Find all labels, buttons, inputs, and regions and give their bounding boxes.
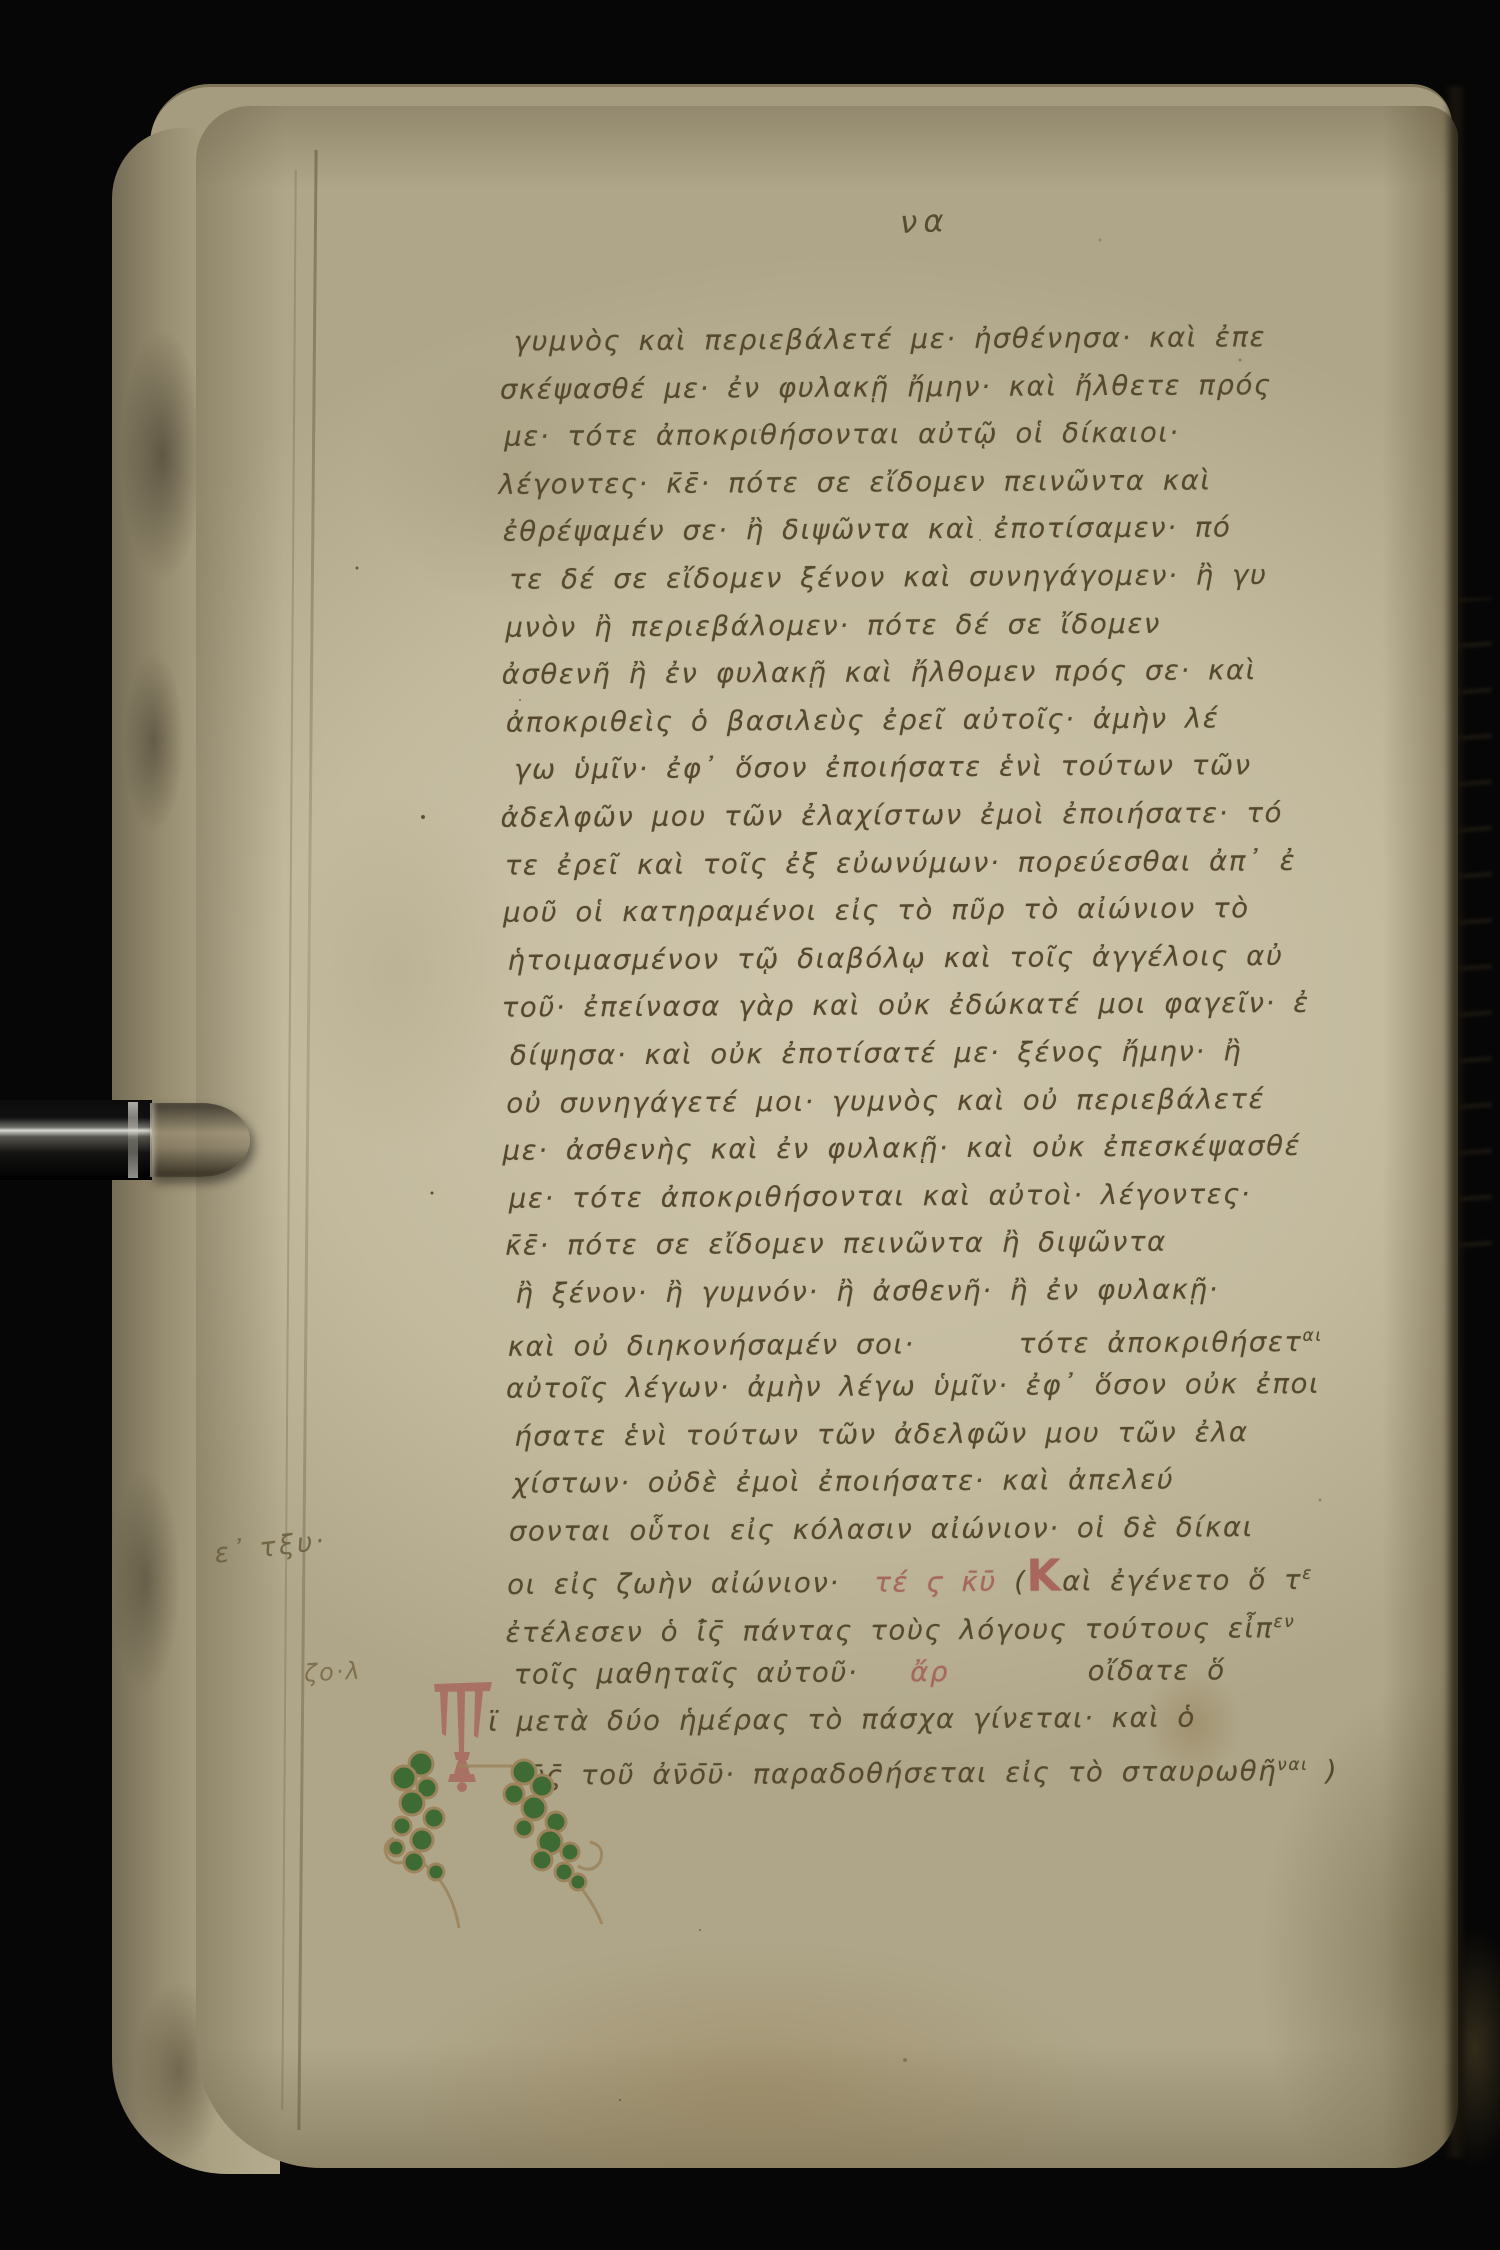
manuscript-line: τε ἐρεῖ καὶ τοῖς ἐξ εὐωνύμων· πορεύεσθαι… <box>505 837 1421 890</box>
manuscript-line: ἀσθενῆ ἢ ἐν φυλακῇ καὶ ἤλθομεν πρός σε· … <box>502 646 1420 699</box>
manuscript-line: ἀδελφῶν μου τῶν ἐλαχίστων ἐμοὶ ἐποιήσατε… <box>500 789 1420 842</box>
manuscript-line: γυμνὸς καὶ περιεβάλετέ με· ἠσθένησα· καὶ… <box>514 313 1418 366</box>
manuscript-line: ἀποκριθεὶς ὁ βασιλεὺς ἐρεῖ αὐτοῖς· ἀμὴν … <box>506 694 1420 747</box>
manuscript-line: σονται οὗτοι εἰς κόλασιν αἰώνιον· οἱ δὲ … <box>509 1503 1425 1556</box>
manuscript-line: λέγοντες· κ̄ε̄· πότε σε εἴδομεν πεινῶντα… <box>498 456 1418 509</box>
manuscript-line: χίστων· οὐδὲ ἐμοὶ ἐποιήσατε· καὶ ἀπελεύ <box>512 1455 1424 1508</box>
manuscript-line: σκέψασθέ με· ἐν φυλακῇ ἤμην· καὶ ἤλθετε … <box>500 361 1418 414</box>
manuscript-line: αὐτοῖς λέγων· ἀμὴν λέγω ὑμῖν· ἐφ᾽ ὅσον ο… <box>506 1360 1424 1413</box>
manuscript-line: ῡς̄ τοῦ ἀν̄ο̄ῡ· παραδοθήσεται εἰς τὸ στα… <box>528 1741 1426 1794</box>
manuscript-line: καὶ οὐ διηκονήσαμέν σοι· τότε ἀποκριθήσε… <box>508 1313 1424 1366</box>
manuscript-line: με· τότε ἀποκριθήσονται αὐτῷ οἱ δίκαιοι· <box>504 408 1418 461</box>
manuscript-line: γω ὑμῖν· ἐφ᾽ ὅσον ἐποιήσατε ἑνὶ τούτων τ… <box>514 742 1420 795</box>
manuscript-line: ἢ ξένον· ἢ γυμνόν· ἢ ἀσθενῆ· ἢ ἐν φυλακῇ… <box>515 1265 1423 1318</box>
manuscript-line: ἐθρέψαμέν σε· ἢ διψῶντα καὶ ἐποτίσαμεν· … <box>503 504 1419 557</box>
manuscript-line: τοῖς μαθηταῖς αὐτοῦ· ἄρ οἴδατε ὅ <box>514 1646 1426 1699</box>
manuscript-line: ήσατε ἑνὶ τούτων τῶν ἀδελφῶν μου τῶν ἐλα <box>514 1408 1424 1461</box>
glass-rod-tip <box>150 1103 250 1177</box>
manuscript-line: οὐ συνηγάγετέ μοι· γυμνὸς καὶ οὐ περιεβά… <box>506 1075 1422 1128</box>
manuscript-line: με· τότε ἀποκριθήσονται καὶ αὐτοὶ· λέγον… <box>509 1170 1423 1223</box>
manuscript-line: μοῦ οἱ κατηραμένοι εἰς τὸ πῦρ τὸ αἰώνιον… <box>503 884 1421 937</box>
manuscript-line: ϊ μετὰ δύο ἡμέρας τὸ πάσχα γίνεται· καὶ … <box>488 1693 1426 1746</box>
margin-note-lower: ζο·λ <box>303 1657 362 1688</box>
foliate-ornament <box>364 1746 644 1978</box>
manuscript-line: κ̄ε̄· πότε σε εἴδομεν πεινῶντα ἢ διψῶντα <box>505 1217 1423 1270</box>
manuscript-line: ἐτέλεσεν ὁ ἰ̄ς̄ πάντας τοὺς λόγους τούτο… <box>505 1598 1425 1651</box>
gutter-shadow <box>1444 86 1464 2158</box>
manuscript-line: με· ἀσθενὴς καὶ ἐν φυλακῇ· καὶ οὐκ ἐπεσκ… <box>502 1122 1422 1175</box>
folio-number: να <box>899 203 950 241</box>
manuscript-line: δίψησα· καὶ οὐκ ἐποτίσατέ με· ξένος ἤμην… <box>510 1027 1422 1080</box>
manuscript-line: οι εἰς ζωὴν αἰώνιον· τέ ϛ κ̄ῡ (Καὶ ἐγένε… <box>507 1551 1425 1604</box>
manuscript-line: τοῦ· ἐπείνασα γὰρ καὶ οὐκ ἐδώκατέ μοι φα… <box>502 980 1422 1033</box>
glass-rod-band <box>128 1102 138 1178</box>
text-block: γυμνὸς καὶ περιεβάλετέ με· ἠσθένησα· καὶ… <box>498 313 1427 1794</box>
manuscript-line: ἡτοιμασμένον τῷ διαβόλῳ καὶ τοῖς ἀγγέλοι… <box>507 932 1421 985</box>
manuscript-line: τε δέ σε εἴδομεν ξένον καὶ συνηγάγομεν· … <box>509 551 1419 604</box>
manuscript-line: μνὸν ἢ περιεβάλομεν· πότε δέ σε ἴδομεν <box>505 599 1419 652</box>
manuscript-photo: να γυμνὸς καὶ περιεβάλετέ με· ἠσθένησα· … <box>0 0 1500 2250</box>
